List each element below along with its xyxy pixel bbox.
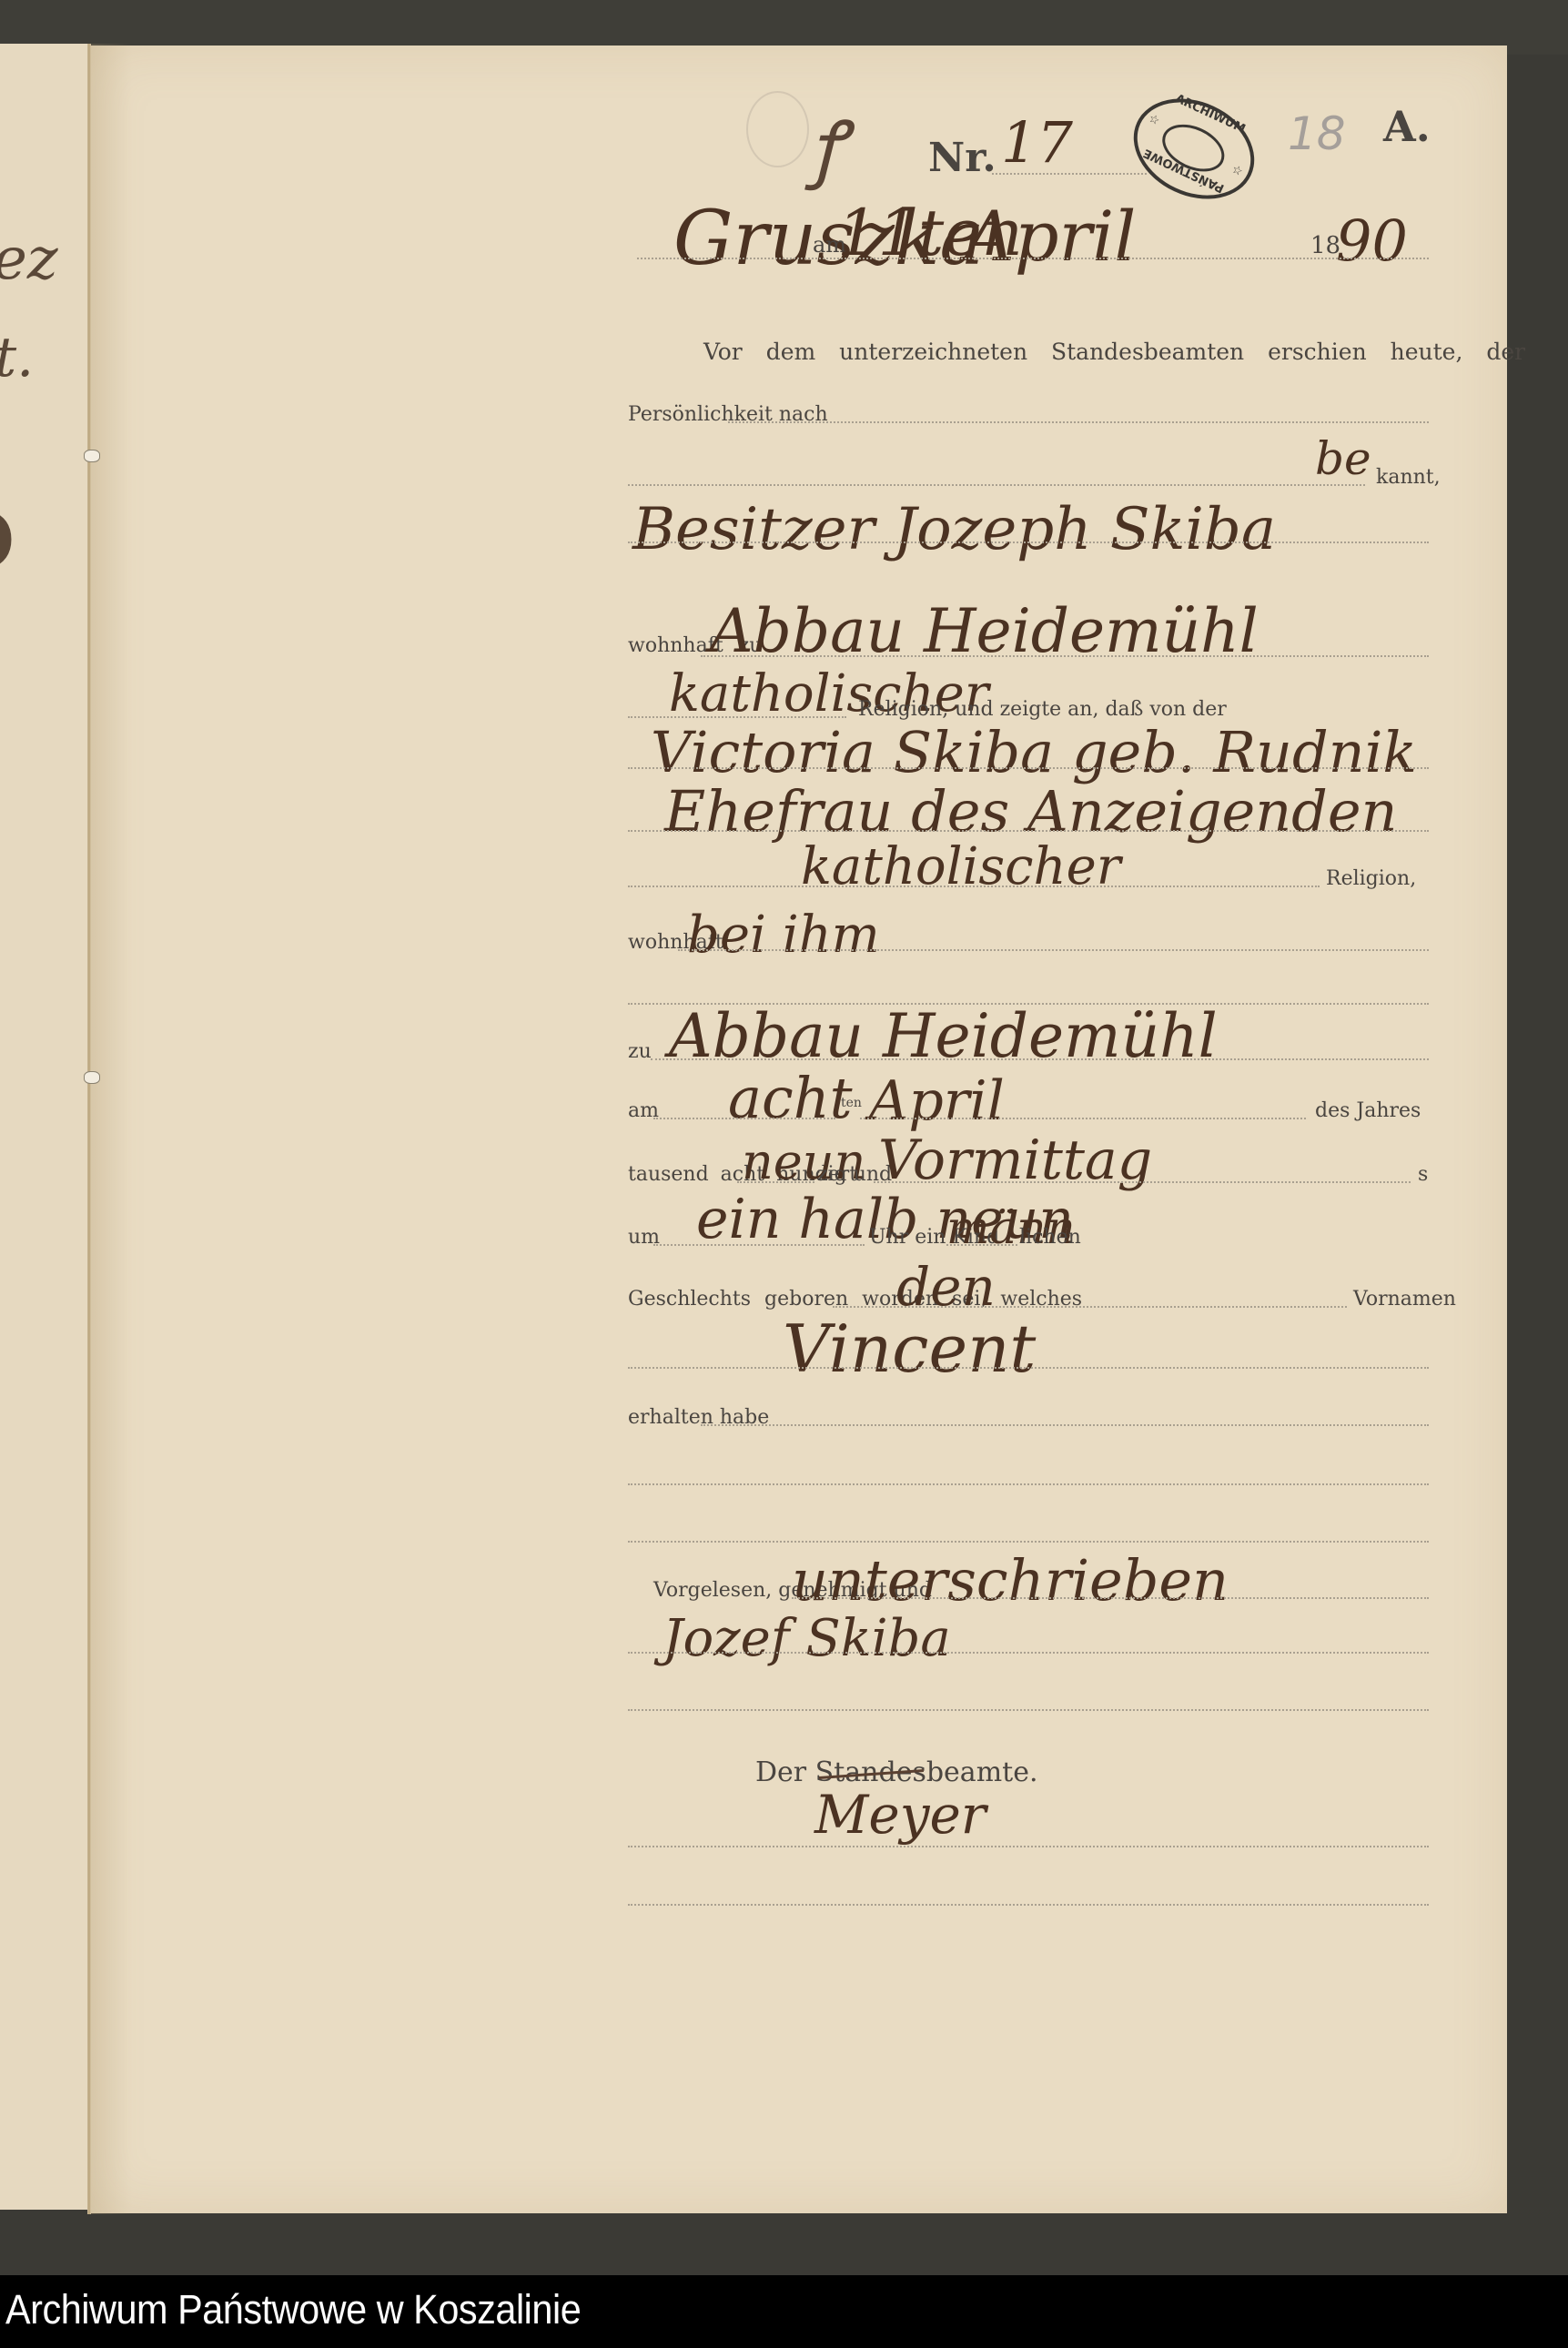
residence-line [701, 655, 1429, 657]
blank-line [628, 1904, 1429, 1906]
known-suffix: kannt, [1376, 466, 1441, 489]
sex-suffix: lichen [1019, 1226, 1081, 1249]
religion-text-1: Religion, und zeigte an, daß von der [858, 698, 1227, 721]
spine-shadow [91, 44, 132, 2214]
name-prefix-written: den [896, 1256, 996, 1318]
archive-caption: Archiwum Państwowe w Koszalinie [5, 2286, 581, 2333]
religion-line-2 [628, 886, 1320, 887]
time-of-day-line [874, 1181, 1411, 1183]
date-month: April [965, 196, 1136, 277]
register-number-line [992, 173, 1147, 175]
register-number: 17 [1001, 109, 1073, 176]
birth-month-line [860, 1118, 1306, 1119]
left-margin-handwriting-2: t. [0, 326, 34, 390]
religion-written-2: katholischer [801, 837, 1121, 896]
mother-residence-line [678, 949, 1429, 951]
binding-hole [84, 450, 100, 462]
decorative-flourish: ꝭ [810, 96, 845, 195]
birth-place: Abbau Heidemühl [669, 1001, 1218, 1071]
register-label: Nr. [928, 135, 996, 181]
left-margin-handwriting-1: ez [0, 226, 58, 293]
year-label: des Jahres [1315, 1099, 1421, 1122]
registrar-signature: Meyer [814, 1784, 986, 1846]
received-line [701, 1424, 1429, 1426]
left-page-edge: ez t. ) [0, 44, 89, 2210]
birth-day-line [653, 1118, 835, 1119]
intro-text: Vor dem unterzeichneten Standesbeamten e… [703, 339, 1525, 365]
day-suffix: ten [841, 1096, 862, 1110]
mother-relation: Ehefrau des Anzeigenden [664, 778, 1398, 845]
relation-line [628, 830, 1429, 832]
registrar-line [628, 1846, 1429, 1847]
blank-line [628, 1709, 1429, 1711]
birth-month: April [869, 1069, 1005, 1133]
birth-time-line [653, 1244, 865, 1246]
binding-hole [84, 1071, 100, 1084]
given-names-label: Vornamen [1353, 1288, 1456, 1311]
date-line [637, 258, 1429, 259]
signoff-written: unterschrieben [792, 1547, 1229, 1614]
known-written: be [1315, 432, 1371, 485]
mother-residence-value: bei ihm [687, 906, 880, 965]
decade-line [737, 1181, 814, 1183]
identity-line [728, 421, 1429, 423]
star-icon: ☆ [1147, 112, 1162, 129]
known-line [628, 484, 1365, 486]
place-label: zu [628, 1040, 652, 1063]
informant-signature: Jozef Skiba [663, 1609, 951, 1668]
religion-line-1 [628, 716, 846, 718]
sex-line [946, 1244, 1017, 1246]
faint-stamp-impression [746, 91, 809, 167]
blank-line [628, 1483, 1429, 1485]
year-written: 90 [1336, 207, 1408, 274]
gender-line [833, 1306, 1347, 1308]
mother-name: Victoria Skiba geb. Rudnik [651, 719, 1417, 785]
mother-line [628, 767, 1429, 769]
birth-place-line [651, 1058, 1429, 1060]
blank-line [628, 1541, 1429, 1543]
birth-day: acht [728, 1065, 853, 1131]
child-name: Vincent [783, 1311, 1036, 1387]
child-name-line [628, 1367, 1429, 1369]
informant-line [628, 541, 1429, 543]
time-suffix: s [1418, 1163, 1428, 1186]
form-letter: A. [1383, 102, 1431, 151]
religion-text-2: Religion, [1326, 867, 1416, 890]
star-icon: ☆ [1229, 163, 1245, 180]
signature-line [628, 1652, 1429, 1654]
pencil-page-number: 18 [1288, 107, 1346, 160]
signoff-line [792, 1597, 1429, 1599]
informant-name: Besitzer Jozeph Skiba [632, 496, 1276, 563]
left-margin-handwriting-3: ) [0, 499, 17, 574]
